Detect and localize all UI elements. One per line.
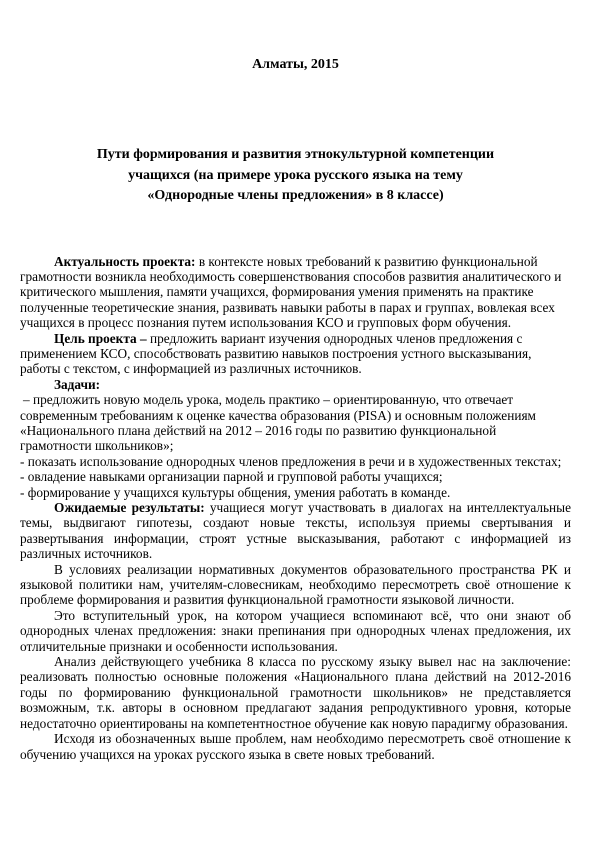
title-line-3: «Однородные члены предложения» в 8 класс… [20, 186, 571, 207]
paragraph-text: - овладение навыками организации парной … [20, 469, 443, 484]
paragraph-text: Анализ действующего учебника 8 класса по… [20, 654, 571, 731]
paragraph-text: - показать использование однородных член… [20, 454, 561, 469]
paragraph-text: Исходя из обозначенных выше проблем, нам… [20, 731, 571, 761]
paragraph: Цель проекта – предложить вариант изучен… [20, 331, 571, 377]
paragraph: Анализ действующего учебника 8 класса по… [20, 654, 571, 731]
paragraph: Актуальность проекта: в контексте новых … [20, 254, 571, 331]
paragraph: - формирование у учащихся культуры общен… [20, 485, 571, 500]
paragraph-text: – предложить новую модель урока, модель … [20, 392, 536, 453]
paragraph-text: Это вступительный урок, на котором учащи… [20, 608, 571, 654]
paragraph-lead-bold: Актуальность проекта: [54, 254, 196, 269]
paragraph: Ожидаемые результаты: учащиеся могут уча… [20, 500, 571, 562]
paragraph: Исходя из обозначенных выше проблем, нам… [20, 731, 571, 762]
paragraph: Это вступительный урок, на котором учащи… [20, 608, 571, 654]
paragraph: - показать использование однородных член… [20, 454, 571, 469]
document-page: Алматы, 2015 Пути формирования и развити… [0, 0, 595, 842]
city-year-line: Алматы, 2015 [20, 0, 571, 73]
paragraph-lead-bold: Ожидаемые результаты: [54, 500, 205, 515]
paragraph-text: - формирование у учащихся культуры общен… [20, 485, 450, 500]
title-line-1: Пути формирования и развития этнокультур… [20, 145, 571, 166]
paragraph-text: В условиях реализации нормативных докуме… [20, 562, 571, 608]
paragraph: - овладение навыками организации парной … [20, 469, 571, 484]
paragraph: В условиях реализации нормативных докуме… [20, 562, 571, 608]
paragraph: Задачи: [20, 377, 571, 392]
paragraph: – предложить новую модель урока, модель … [20, 392, 571, 454]
document-body: Актуальность проекта: в контексте новых … [20, 254, 571, 762]
paragraph-lead-bold: Задачи: [54, 377, 100, 392]
document-title: Пути формирования и развития этнокультур… [20, 145, 571, 207]
paragraph-lead-bold: Цель проекта – [54, 331, 147, 346]
title-line-2: учащихся (на примере урока русского язык… [20, 166, 571, 187]
